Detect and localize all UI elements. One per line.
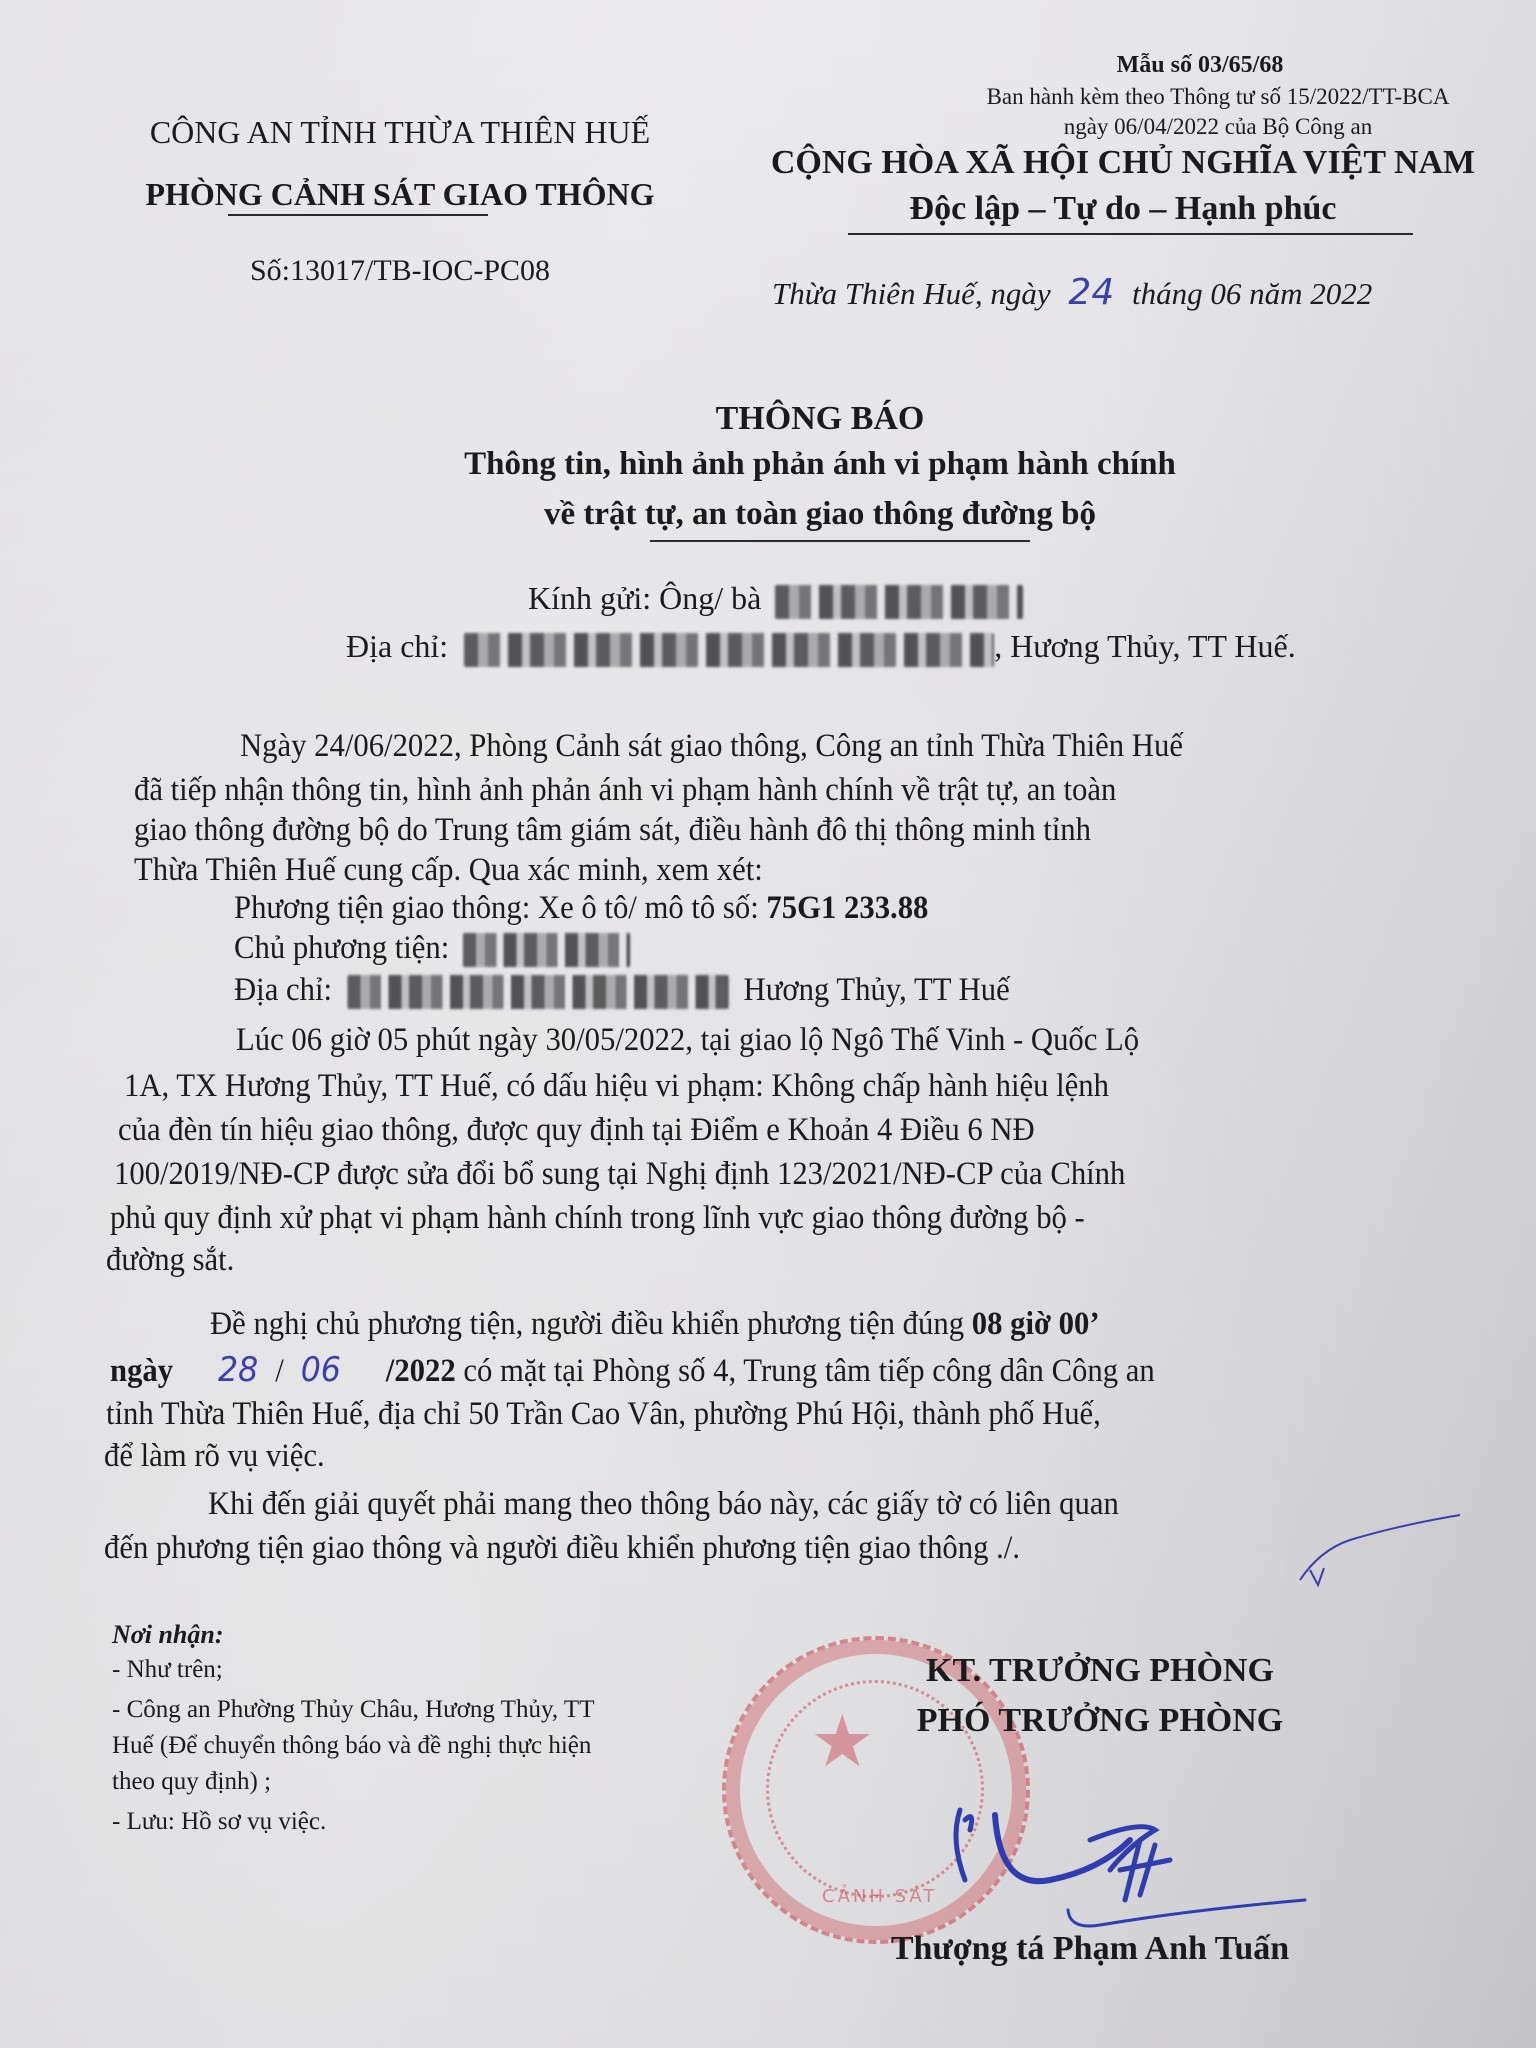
recipient-greeting: Kính gửi: Ông/ bà: [528, 580, 1023, 619]
para4-line: đến phương tiện giao thông và người điều…: [104, 1530, 1020, 1567]
form-issued-with: Ban hành kèm theo Thông tư số 15/2022/TT…: [900, 84, 1536, 110]
handwritten-appointment-month: 06: [301, 1350, 341, 1390]
signer-name: Thượng tá Phạm Anh Tuấn: [830, 1930, 1350, 1968]
para3-intro: Đề nghị chủ phương tiện, người điều khiể…: [210, 1306, 964, 1342]
para3-line1: Đề nghị chủ phương tiện, người điều khiể…: [210, 1306, 1100, 1343]
para1-line: đã tiếp nhận thông tin, hình ảnh phản án…: [134, 772, 1116, 809]
vehicle-line: Phương tiện giao thông: Xe ô tô/ mô tô s…: [234, 890, 928, 927]
date-line: Thừa Thiên Huế, ngày 24 tháng 06 năm 202…: [772, 272, 1372, 313]
owner-address-line: Địa chỉ: Hương Thủy, TT Huế: [234, 972, 1010, 1009]
date-suffix: tháng 06 năm 2022: [1132, 276, 1372, 311]
subtitle-underline: [650, 540, 1030, 542]
para2-line: đường sắt.: [106, 1242, 234, 1279]
para2-line: của đèn tín hiệu giao thông, được quy đị…: [118, 1112, 1035, 1149]
recipient-address: Địa chỉ: , Hương Thủy, TT Huế.: [346, 628, 1296, 667]
para1-line: Thừa Thiên Huế cung cấp. Qua xác minh, x…: [134, 852, 763, 889]
vehicle-plate: 75G1 233.88: [766, 890, 928, 926]
document-subtitle-line1: Thông tin, hình ảnh phản ánh vi phạm hàn…: [330, 446, 1310, 483]
signature-title-line1: KT. TRƯỞNG PHÒNG: [860, 1652, 1340, 1690]
para3-line2: ngày 28 / 06 /2022 có mặt tại Phòng số 4…: [110, 1350, 1155, 1390]
para4-line: Khi đến giải quyết phải mang theo thông …: [208, 1486, 1119, 1523]
national-motto: Độc lập – Tự do – Hạnh phúc: [728, 190, 1518, 228]
para1-line: Ngày 24/06/2022, Phòng Cảnh sát giao thô…: [240, 728, 1183, 765]
recipient-item: Huế (Để chuyển thông báo và đề nghị thực…: [112, 1732, 591, 1760]
redacted-owner-address: [347, 975, 728, 1009]
handwritten-appointment-day: 28: [218, 1350, 258, 1390]
redacted-recipient-address: [464, 633, 994, 667]
recipient-item: - Lưu: Hồ sơ vụ việc.: [112, 1808, 326, 1836]
form-issued-date: ngày 06/04/2022 của Bộ Công an: [900, 114, 1536, 140]
address-label: Địa chỉ:: [346, 628, 448, 664]
para2-line: 1A, TX Hương Thủy, TT Huế, có dấu hiệu v…: [124, 1068, 1109, 1105]
form-number: Mẫu số 03/65/68: [1000, 52, 1400, 79]
motto-underline: [848, 233, 1413, 235]
redacted-owner-name: [463, 933, 630, 967]
issuer-department: PHÒNG CẢNH SÁT GIAO THÔNG: [95, 176, 705, 213]
para3-line4: để làm rõ vụ việc.: [104, 1438, 325, 1475]
handwritten-day: 24: [1068, 272, 1114, 313]
issuer-agency: CÔNG AN TỈNH THỪA THIÊN HUẾ: [95, 114, 705, 151]
appointment-day-label: ngày: [110, 1353, 173, 1389]
address-suffix: , Hương Thủy, TT Huế.: [994, 628, 1296, 664]
owner-address-suffix: Hương Thủy, TT Huế: [744, 972, 1010, 1008]
redacted-recipient-name: [775, 585, 1023, 619]
vehicle-label: Phương tiện giao thông: Xe ô tô/ mô tô s…: [234, 890, 759, 926]
para2-line: 100/2019/NĐ-CP được sửa đổi bổ sung tại …: [114, 1156, 1125, 1193]
country-name: CỘNG HÒA XÃ HỘI CHỦ NGHĨA VIỆT NAM: [728, 144, 1518, 182]
date-prefix: Thừa Thiên Huế, ngày: [772, 276, 1051, 311]
para3-location: có mặt tại Phòng số 4, Trung tâm tiếp cô…: [463, 1353, 1154, 1389]
seal-text: CẢNH SÁT: [822, 1886, 937, 1907]
owner-line: Chủ phương tiện:: [234, 930, 630, 967]
document-number: Số:13017/TB-IOC-PC08: [95, 254, 705, 288]
department-underline: [228, 214, 488, 216]
recipient-item: - Như trên;: [112, 1656, 223, 1684]
handwritten-signature: [940, 1800, 1340, 1940]
para3-line3: tỉnh Thừa Thiên Huế, địa chỉ 50 Trần Cao…: [106, 1396, 1101, 1433]
owner-label: Chủ phương tiện:: [234, 930, 449, 966]
para1-line: giao thông đường bộ do Trung tâm giám sá…: [134, 812, 1091, 849]
document-title: THÔNG BÁO: [380, 400, 1260, 438]
para2-line: phủ quy định xử phạt vi phạm hành chính …: [110, 1200, 1085, 1237]
owner-address-label: Địa chỉ:: [234, 972, 332, 1008]
recipient-item: theo quy định) ;: [112, 1768, 271, 1796]
recipient-item: - Công an Phường Thủy Châu, Hương Thủy, …: [112, 1696, 594, 1724]
para2-line: Lúc 06 giờ 05 phút ngày 30/05/2022, tại …: [236, 1022, 1139, 1059]
signature-title-line2: PHÓ TRƯỞNG PHÒNG: [860, 1702, 1340, 1740]
document-subtitle-line2: về trật tự, an toàn giao thông đường bộ: [330, 496, 1310, 533]
greeting-label: Kính gửi: Ông/ bà: [528, 580, 761, 616]
appointment-time: 08 giờ 00’: [972, 1306, 1100, 1342]
handwritten-check-mark: [1290, 1510, 1470, 1590]
appointment-year: /2022: [386, 1353, 456, 1389]
recipients-heading: Nơi nhận:: [112, 1620, 224, 1650]
